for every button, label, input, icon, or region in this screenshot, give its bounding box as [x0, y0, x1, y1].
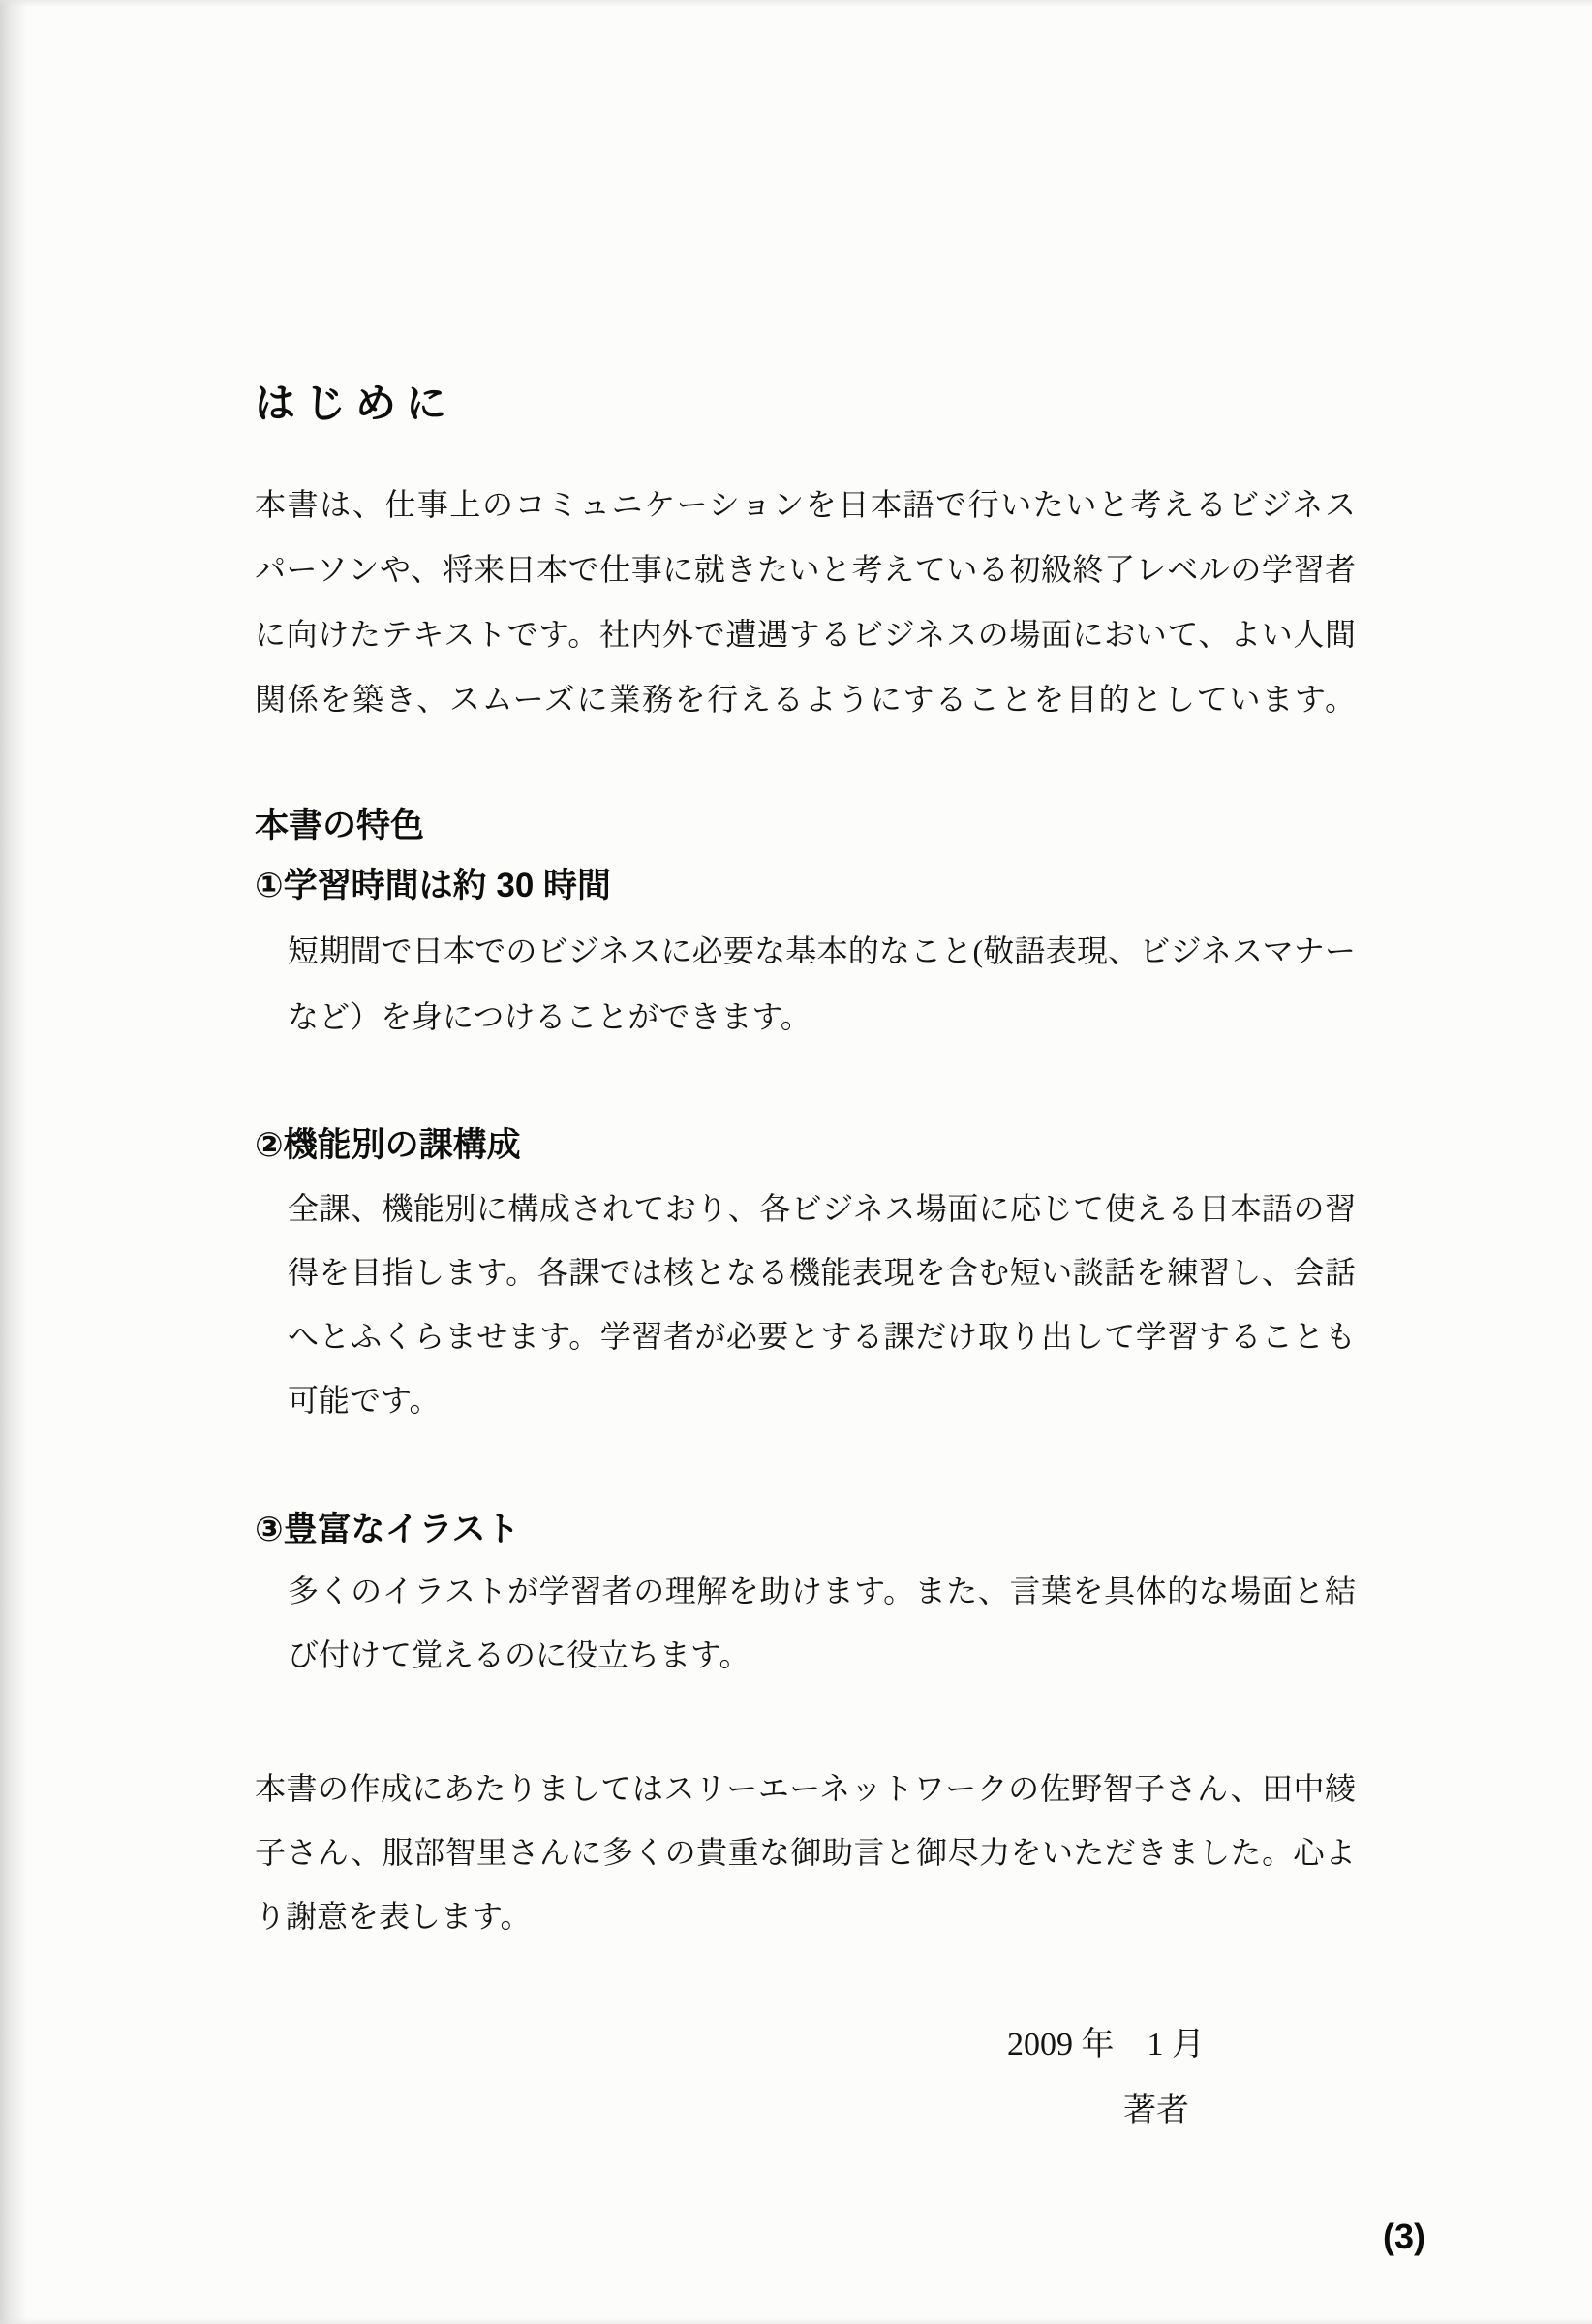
text-line: 全課、機能別に構成されており、各ビジネス場面に応じて使える日本語の習	[288, 1177, 1356, 1240]
text-line: び付けて覚えるのに役立ちます。	[288, 1623, 1356, 1687]
page-number: (3)	[1383, 2217, 1425, 2256]
text-line: 多くのイラストが学習者の理解を助けます。また、言葉を具体的な場面と結	[288, 1559, 1356, 1623]
feature-3-heading: ③豊富なイラスト	[255, 1512, 520, 1548]
feature-2-heading: ②機能別の課構成	[255, 1127, 521, 1164]
page-title: はじめに	[255, 383, 456, 424]
text-line: 関係を築き、スムーズに業務を行えるようにすることを目的としています。	[255, 667, 1356, 732]
text-line: 得を目指します。各課では核となる機能表現を含む短い談話を練習し、会話	[288, 1240, 1356, 1304]
feature-1-heading: ①学習時間は約 30 時間	[255, 868, 611, 904]
text-line: へとふくらませます。学習者が必要とする課だけ取り出して学習することも	[288, 1304, 1356, 1368]
scan-left-shadow	[0, 0, 27, 2324]
text-line: に向けたテキストです。社内外で遭遇するビジネスの場面において、よい人間	[255, 602, 1356, 667]
publication-date: 2009 年 1 月	[1007, 2026, 1205, 2064]
closing-paragraph: 本書の作成にあたりましてはスリーエーネットワークの佐野智子さん、田中綾 子さん、…	[255, 1757, 1356, 1948]
text-line: り謝意を表します。	[255, 1884, 1356, 1948]
scan-top-shadow	[0, 0, 1592, 7]
feature-3-body: 多くのイラストが学習者の理解を助けます。また、言葉を具体的な場面と結 び付けて覚…	[288, 1559, 1356, 1687]
text-line: 可能です。	[288, 1368, 1356, 1432]
text-line: パーソンや、将来日本で仕事に就きたいと考えている初級終了レベルの学習者	[255, 537, 1356, 602]
feature-1-body: 短期間で日本でのビジネスに必要な基本的なこと(敬語表現、ビジネスマナー など）を…	[288, 918, 1356, 1050]
feature-2-body: 全課、機能別に構成されており、各ビジネス場面に応じて使える日本語の習 得を目指し…	[288, 1177, 1356, 1432]
text-line: 短期間で日本でのビジネスに必要な基本的なこと(敬語表現、ビジネスマナー	[288, 918, 1356, 984]
features-heading: 本書の特色	[255, 808, 424, 844]
text-line: 本書は、仕事上のコミュニケーションを日本語で行いたいと考えるビジネス	[255, 473, 1356, 537]
text-line: 子さん、服部智里さんに多くの貴重な御助言と御尽力をいただきました。心よ	[255, 1820, 1356, 1884]
scan-bottom-shadow	[0, 2317, 1592, 2324]
scanned-page: はじめに 本書は、仕事上のコミュニケーションを日本語で行いたいと考えるビジネス …	[0, 0, 1592, 2324]
text-line: など）を身につけることができます。	[288, 984, 1356, 1050]
author-signature: 著者	[1123, 2092, 1189, 2130]
intro-paragraph: 本書は、仕事上のコミュニケーションを日本語で行いたいと考えるビジネス パーソンや…	[255, 473, 1356, 732]
text-line: 本書の作成にあたりましてはスリーエーネットワークの佐野智子さん、田中綾	[255, 1757, 1356, 1820]
